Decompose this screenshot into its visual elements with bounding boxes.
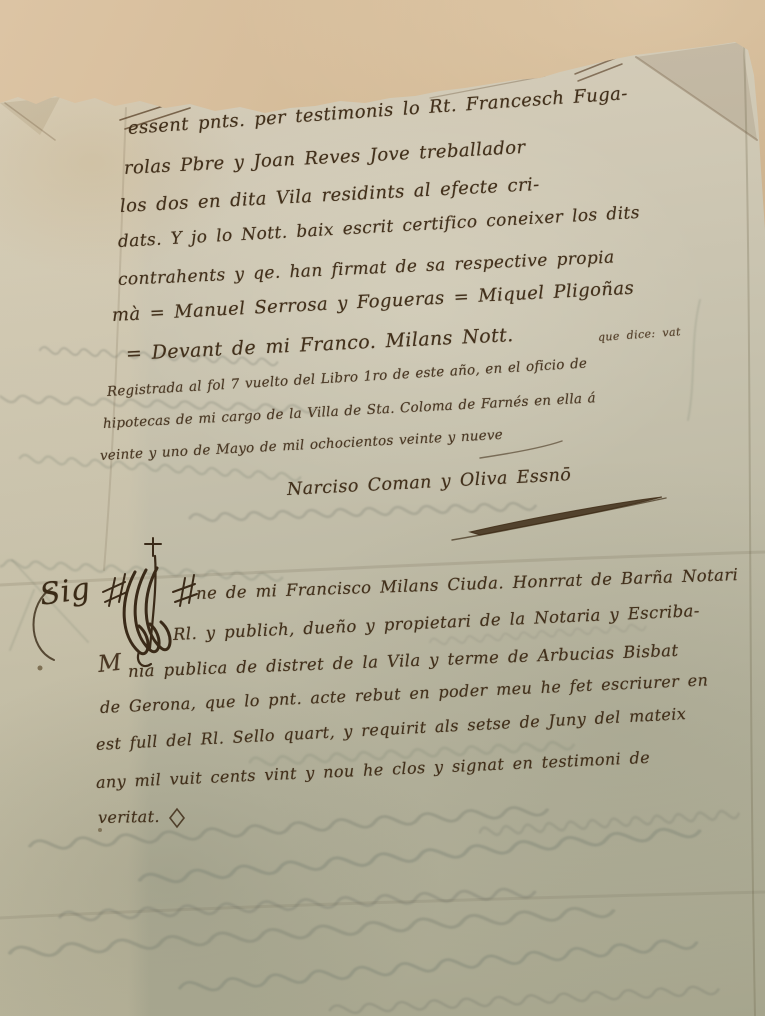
horizontal-crease xyxy=(0,892,765,918)
manuscript-page: essent pnts. per testimonis lo Rt. Franc… xyxy=(0,0,765,1016)
photo-backdrop: essent pnts. per testimonis lo Rt. Franc… xyxy=(0,0,765,1016)
torn-corner xyxy=(0,97,60,135)
ink-speck xyxy=(98,828,102,832)
folded-corner xyxy=(636,42,757,140)
right-edge-fold xyxy=(744,45,755,1016)
pen-slash-marks xyxy=(575,57,622,81)
signature-flourish xyxy=(470,497,662,535)
vertical-crease xyxy=(104,108,126,570)
closing-line: veritat. xyxy=(98,807,160,827)
sig-label: Sig xyxy=(38,571,93,613)
margin-mark: M xyxy=(97,650,124,678)
ink-speck xyxy=(38,666,43,671)
veritat-flourish xyxy=(170,809,184,827)
